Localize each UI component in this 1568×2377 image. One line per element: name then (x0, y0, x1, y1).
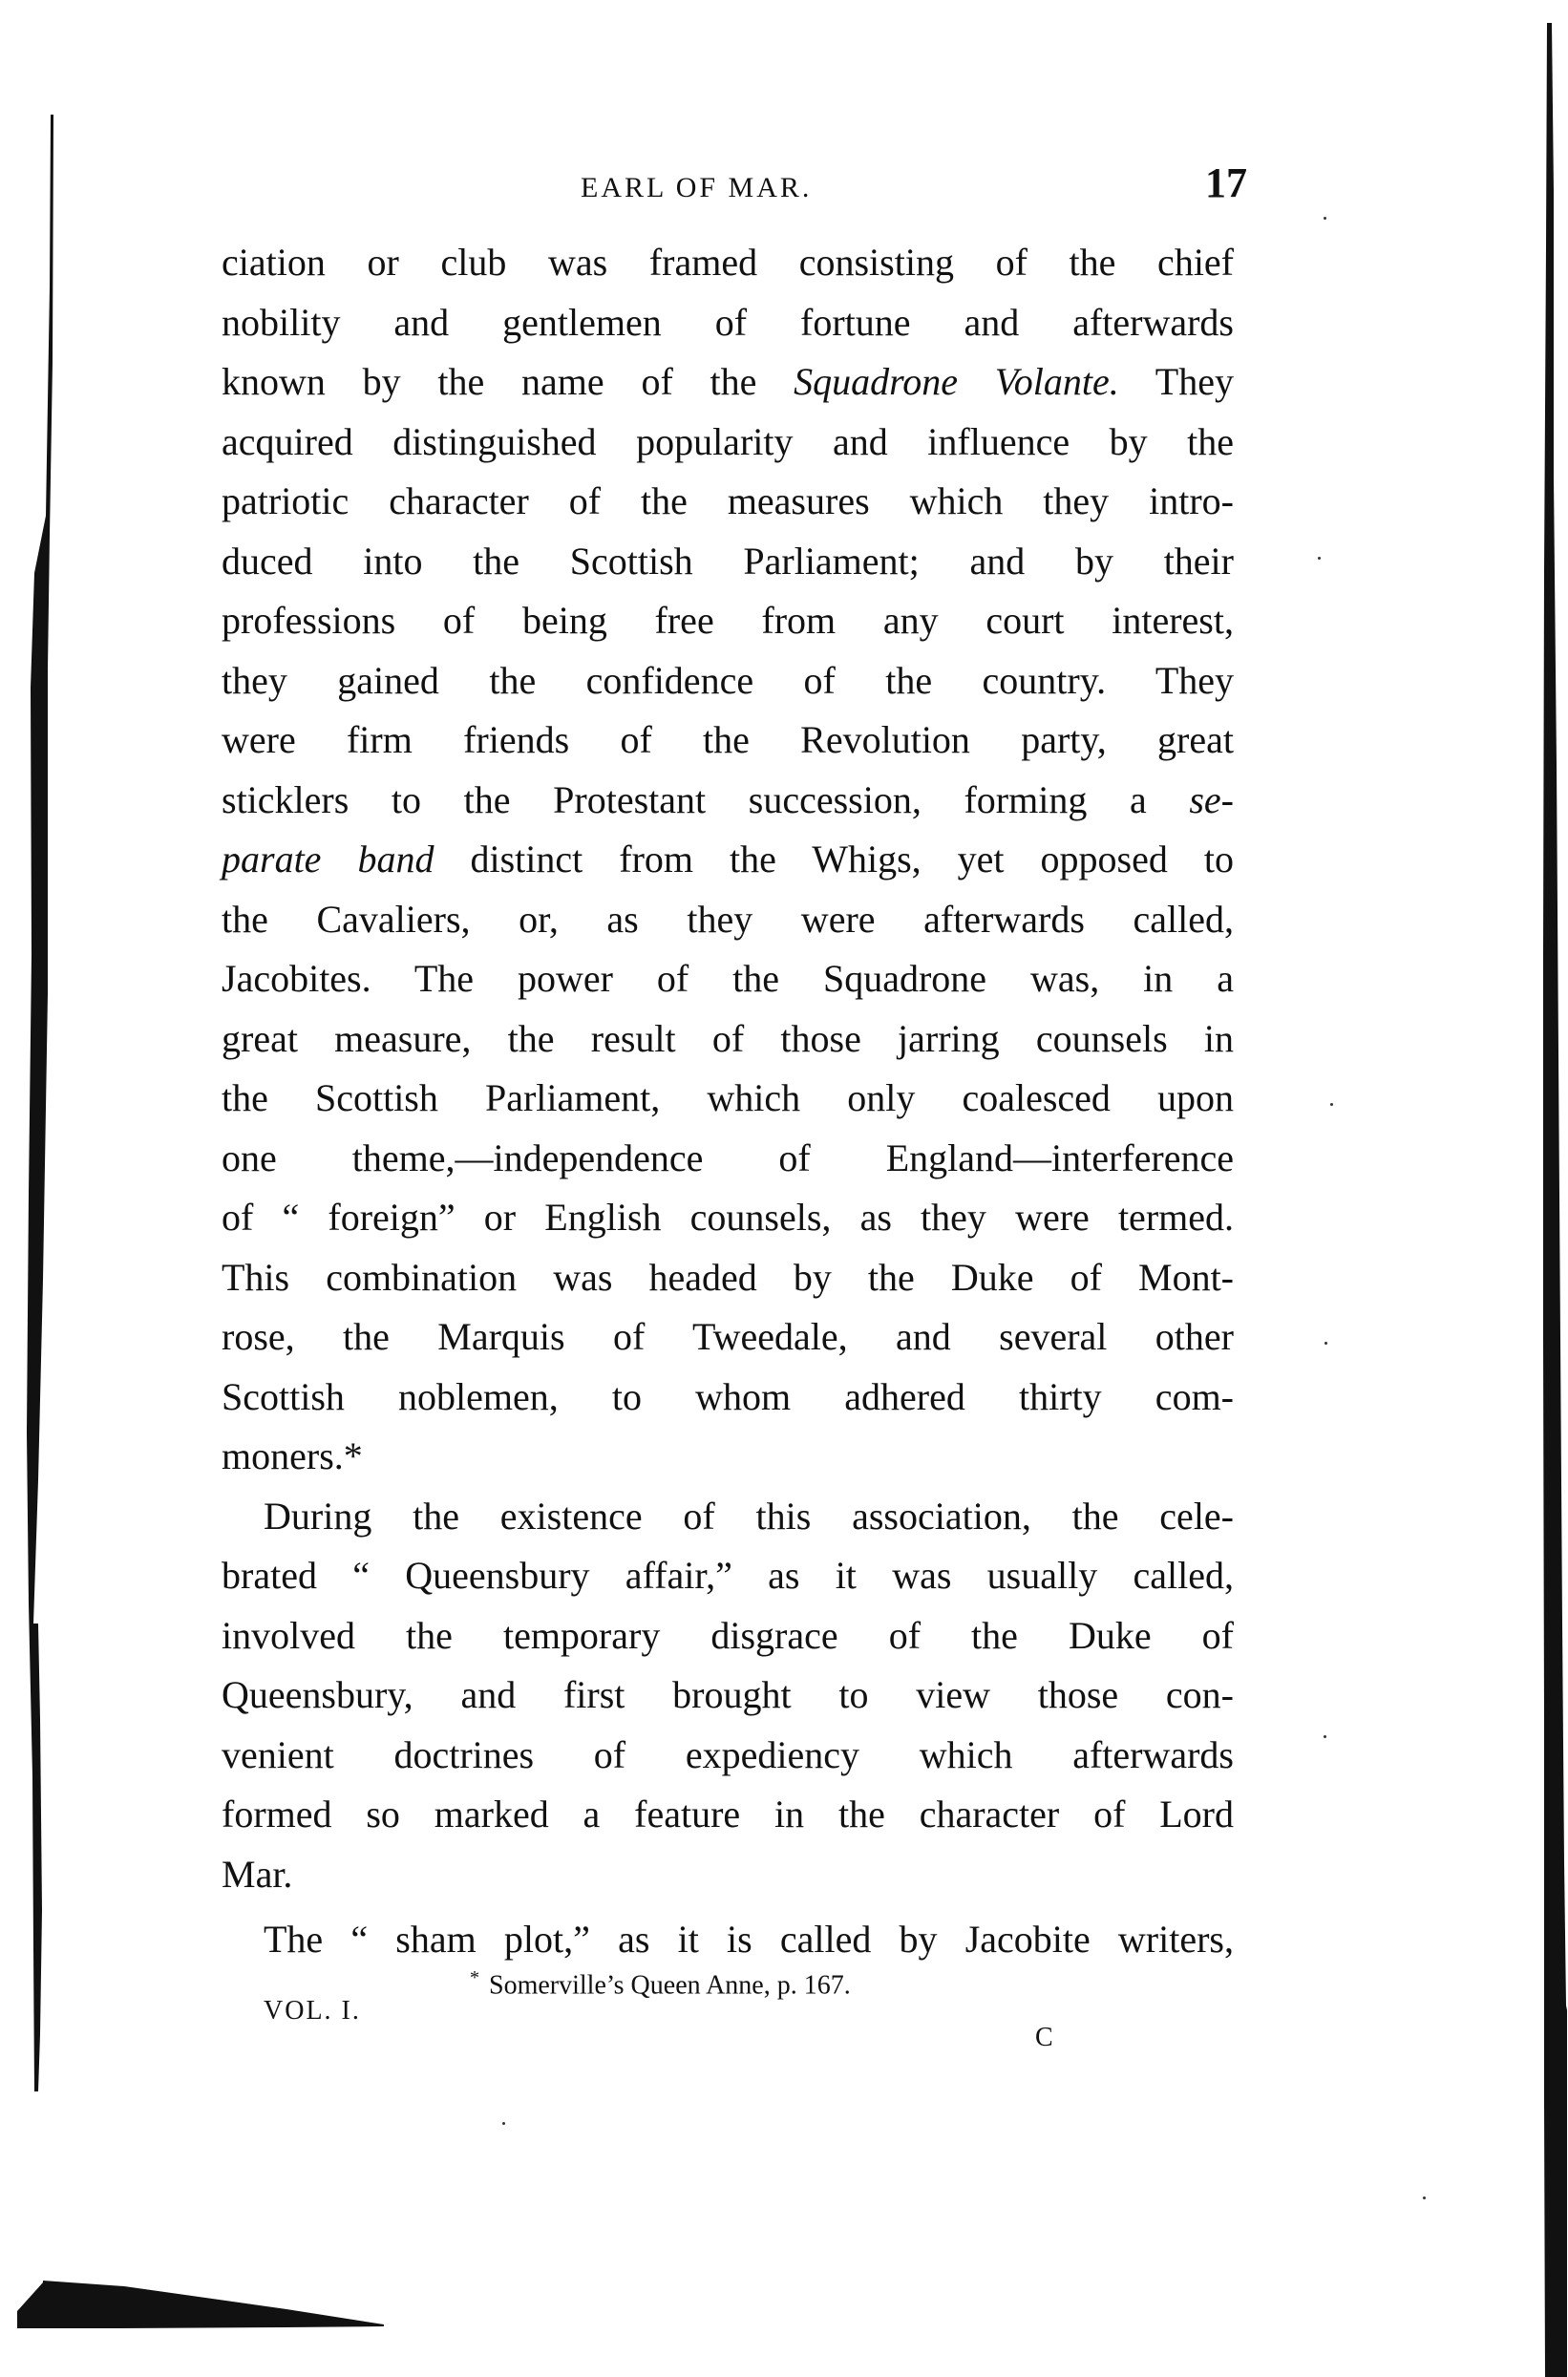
text-line: patriotic character of the measures whic… (222, 472, 1234, 532)
text-line: formed so marked a feature in the charac… (222, 1785, 1234, 1845)
text-line: This combination was headed by the Duke … (222, 1248, 1234, 1308)
text-span: They (1119, 360, 1234, 403)
footnote-text: Somerville’s Queen Anne, p. 167. (489, 1970, 851, 2000)
italic-phrase: Squadrone Volante. (794, 360, 1119, 403)
text-line: moners.* (222, 1427, 1234, 1487)
paragraph: During the existence of this association… (222, 1487, 1234, 1905)
text-line: duced into the Scottish Parliament; and … (222, 532, 1234, 592)
text-span: distinct from the Whigs, yet opposed to (434, 838, 1234, 881)
text-line: Queensbury, and first brought to view th… (222, 1666, 1234, 1726)
italic-phrase: parate band (222, 838, 434, 881)
text-line: nobility and gentlemen of fortune and af… (222, 293, 1234, 353)
scan-speck (1324, 1735, 1326, 1738)
volume-signature: VOL. I. (264, 1996, 361, 2027)
text-line: The “ sham plot,” as it is called by Jac… (222, 1910, 1234, 1970)
scan-corner-smudge (0, 2244, 477, 2377)
text-line: they gained the confidence of the countr… (222, 651, 1234, 711)
scan-edge-right-shadow (1511, 0, 1568, 2377)
text-line: one theme,—independence of England—inter… (222, 1129, 1234, 1189)
text-line: great measure, the result of those jarri… (222, 1009, 1234, 1070)
footnote: *Somerville’s Queen Anne, p. 167. (470, 1967, 851, 2001)
scan-edge-left-shadow (0, 0, 57, 2377)
text-line: the Cavaliers, or, as they were afterwar… (222, 890, 1234, 950)
footnote-mark: * (470, 1967, 479, 1988)
text-line: the Scottish Parliament, which only coal… (222, 1069, 1234, 1129)
page-header: EARL OF MAR. 17 (0, 160, 1568, 218)
text-line: Jacobites. The power of the Squadrone wa… (222, 949, 1234, 1009)
text-line: rose, the Marquis of Tweedale, and sever… (222, 1307, 1234, 1368)
scan-speck (1330, 1103, 1333, 1106)
page-number: 17 (1205, 159, 1247, 207)
text-line: sticklers to the Protestant succession, … (222, 771, 1234, 831)
text-line: During the existence of this association… (222, 1487, 1234, 1547)
gathering-signature: C (1035, 2023, 1053, 2053)
paragraph: ciation or club was framed consisting of… (222, 233, 1234, 1487)
body-text: ciation or club was framed consisting of… (222, 233, 1234, 1970)
text-span: sticklers to the Protestant succession, … (222, 778, 1189, 821)
scan-speck (502, 2122, 505, 2125)
text-line: venient doctrines of expediency which af… (222, 1726, 1234, 1786)
scan-speck (1324, 1342, 1327, 1345)
text-line: Scottish noblemen, to whom adhered thirt… (222, 1368, 1234, 1428)
running-head: EARL OF MAR. (581, 172, 812, 204)
paragraph: The “ sham plot,” as it is called by Jac… (222, 1910, 1234, 1970)
text-line: known by the name of the Squadrone Volan… (222, 352, 1234, 413)
text-span: known by the name of the (222, 360, 794, 403)
text-line: of “ foreign” or English counsels, as th… (222, 1188, 1234, 1248)
italic-phrase: se- (1189, 778, 1234, 821)
scan-speck (1318, 557, 1321, 560)
scan-speck (1423, 2197, 1426, 2199)
text-line: acquired distinguished popularity and in… (222, 413, 1234, 473)
text-line: professions of being free from any court… (222, 591, 1234, 651)
text-line: ciation or club was framed consisting of… (222, 233, 1234, 293)
text-line: Mar. (222, 1845, 1234, 1905)
text-line: parate band distinct from the Whigs, yet… (222, 830, 1234, 890)
text-line: were firm friends of the Revolution part… (222, 711, 1234, 771)
scanned-book-page: EARL OF MAR. 17 ciation or club was fram… (0, 0, 1568, 2377)
text-line: brated “ Queensbury affair,” as it was u… (222, 1546, 1234, 1606)
text-line: involved the temporary disgrace of the D… (222, 1606, 1234, 1666)
